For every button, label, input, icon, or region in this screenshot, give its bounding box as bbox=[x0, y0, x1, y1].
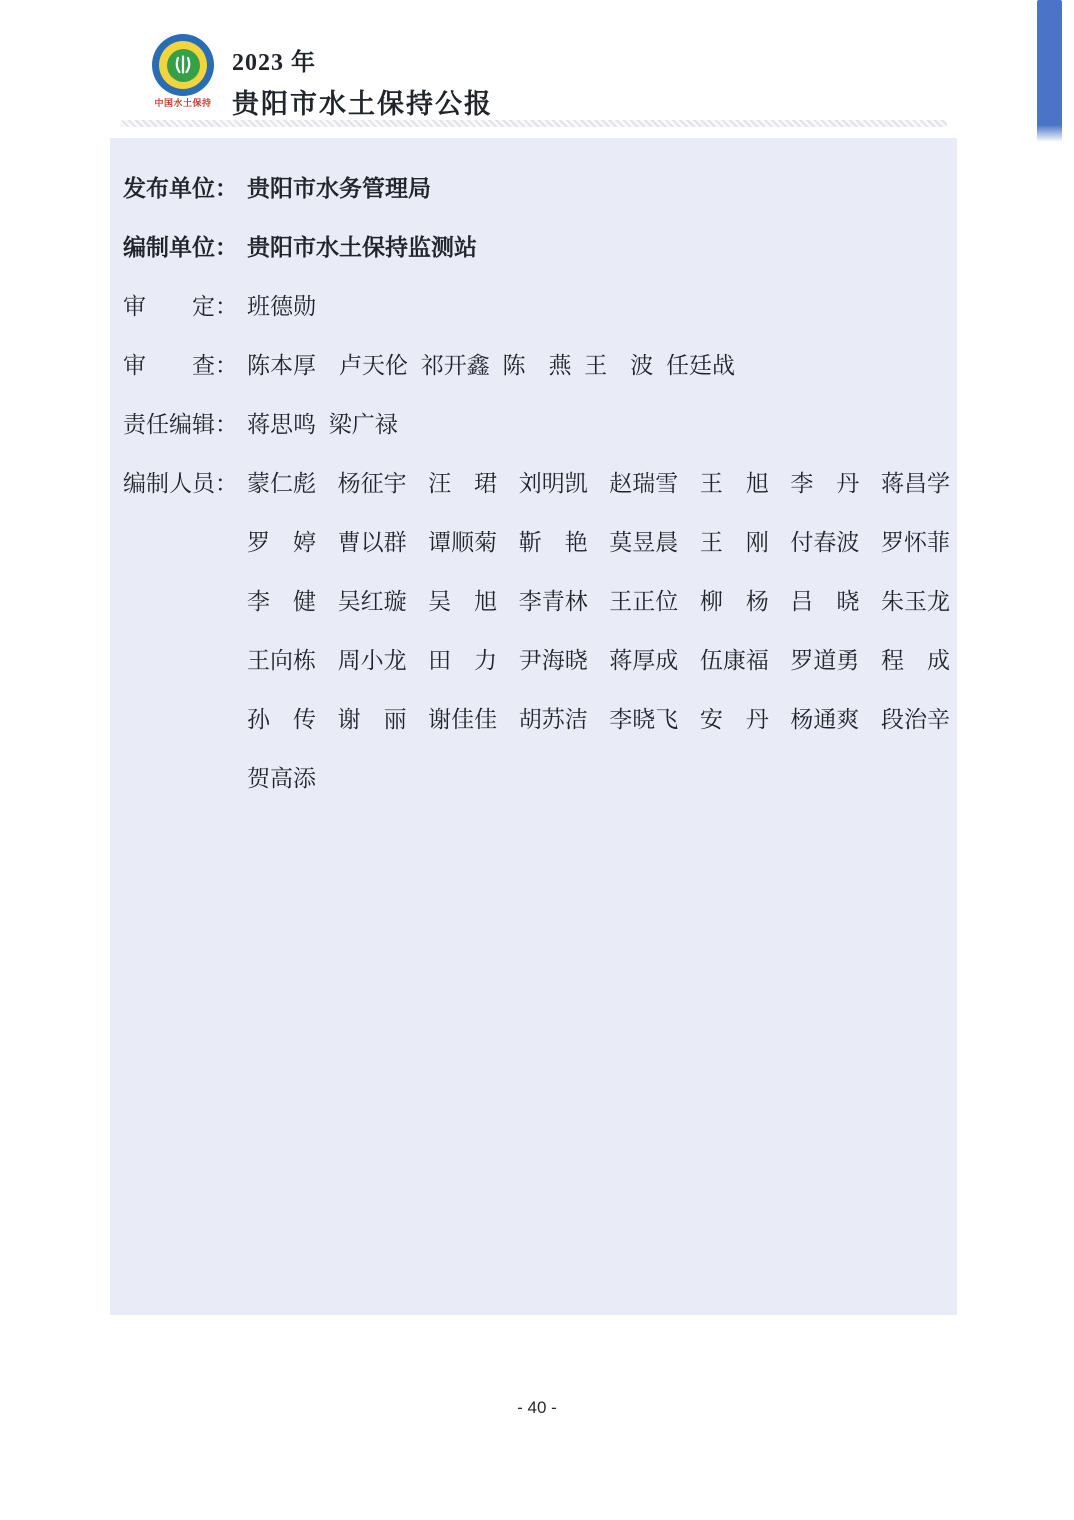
staff-row: 罗 婷曹以群谭顺菊靳 艳莫昱晨王 刚付春波罗怀菲 bbox=[247, 511, 950, 570]
hand-plant-glyph-icon bbox=[171, 53, 195, 77]
editors-value: 蒋思鸣 梁广禄 bbox=[247, 406, 398, 439]
staff-name: 李青林 bbox=[519, 583, 588, 616]
page-header: 中国水土保持 2023 年 贵阳市水土保持公报 bbox=[148, 34, 493, 121]
staff-name: 王正位 bbox=[609, 583, 678, 616]
staff-name: 王 旭 bbox=[700, 465, 769, 498]
staff-name: 李晓飞 bbox=[609, 701, 678, 734]
staff-name: 王向栋 bbox=[247, 642, 316, 675]
staff-name: 刘明凯 bbox=[519, 465, 588, 498]
staff-name: 周小龙 bbox=[338, 642, 407, 675]
staff-name: 莫昱晨 bbox=[609, 524, 678, 557]
staff-name: 李 丹 bbox=[790, 465, 859, 498]
staff-name: 伍康福 bbox=[700, 642, 769, 675]
info-row-compiler: 编制单位： 贵阳市水土保持监测站 bbox=[123, 216, 957, 275]
staff-name: 朱玉龙 bbox=[881, 583, 950, 616]
staff-name: 田 力 bbox=[428, 642, 497, 675]
logo-caption: 中国水土保持 bbox=[154, 98, 211, 108]
hatched-divider bbox=[120, 120, 947, 127]
staff-name: 杨通爽 bbox=[790, 701, 859, 734]
approver-label: 审 定： bbox=[123, 288, 247, 321]
staff-name: 付春波 bbox=[790, 524, 859, 557]
credits-panel: 发布单位： 贵阳市水务管理局 编制单位： 贵阳市水土保持监测站 审 定： 班德勋… bbox=[110, 138, 957, 1315]
staff-row: 孙 传谢 丽谢佳佳胡苏洁李晓飞安 丹杨通爽段治辛 bbox=[247, 688, 950, 747]
staff-name: 尹海晓 bbox=[519, 642, 588, 675]
staff-section: 编制人员： 蒙仁彪杨征宇汪 珺刘明凯赵瑞雪王 旭李 丹蒋昌学罗 婷曹以群谭顺菊靳… bbox=[123, 452, 957, 806]
staff-name: 胡苏洁 bbox=[519, 701, 588, 734]
staff-name: 孙 传 bbox=[247, 701, 316, 734]
document-page: 中国水土保持 2023 年 贵阳市水土保持公报 发布单位： 贵阳市水务管理局 编… bbox=[0, 0, 1074, 1520]
staff-name: 程 成 bbox=[881, 642, 950, 675]
staff-row: 贺高添 bbox=[247, 747, 950, 806]
info-row-editors: 责任编辑： 蒋思鸣 梁广禄 bbox=[123, 393, 957, 452]
header-year: 2023 年 bbox=[232, 42, 493, 77]
logo-outer-ring-icon bbox=[152, 34, 214, 96]
staff-name: 王 刚 bbox=[700, 524, 769, 557]
staff-row: 李 健吴红璇吴 旭李青林王正位柳 杨吕 晓朱玉龙 bbox=[247, 570, 950, 629]
staff-name: 罗 婷 bbox=[247, 524, 316, 557]
soil-conservation-logo: 中国水土保持 bbox=[148, 34, 218, 121]
scrollbar-thumb[interactable] bbox=[1037, 0, 1062, 142]
compiler-label: 编制单位： bbox=[123, 229, 247, 262]
staff-name: 曹以群 bbox=[338, 524, 407, 557]
staff-row: 王向栋周小龙田 力尹海晓蒋厚成伍康福罗道勇程 成 bbox=[247, 629, 950, 688]
staff-name: 柳 杨 bbox=[700, 583, 769, 616]
header-text: 2023 年 贵阳市水土保持公报 bbox=[232, 34, 493, 121]
staff-name: 汪 珺 bbox=[428, 465, 497, 498]
staff-name: 杨征宇 bbox=[338, 465, 407, 498]
staff-name: 段治辛 bbox=[881, 701, 950, 734]
info-row-publisher: 发布单位： 贵阳市水务管理局 bbox=[123, 157, 957, 216]
reviewers-value: 陈本厚 卢天伦 祁开鑫 陈 燕 王 波 任廷战 bbox=[247, 347, 735, 380]
staff-name: 吕 晓 bbox=[790, 583, 859, 616]
publisher-value: 贵阳市水务管理局 bbox=[247, 170, 431, 203]
staff-name: 谭顺菊 bbox=[428, 524, 497, 557]
publisher-label: 发布单位： bbox=[123, 170, 247, 203]
reviewers-label: 审 查： bbox=[123, 347, 247, 380]
staff-name: 靳 艳 bbox=[519, 524, 588, 557]
page-number: - 40 - bbox=[0, 1398, 1074, 1418]
staff-rows: 蒙仁彪杨征宇汪 珺刘明凯赵瑞雪王 旭李 丹蒋昌学罗 婷曹以群谭顺菊靳 艳莫昱晨王… bbox=[247, 452, 950, 806]
logo-hand-plant-icon bbox=[167, 49, 200, 82]
staff-name: 蒋厚成 bbox=[609, 642, 678, 675]
page-title: 贵阳市水土保持公报 bbox=[232, 82, 493, 121]
staff-name: 赵瑞雪 bbox=[609, 465, 678, 498]
staff-name: 谢 丽 bbox=[338, 701, 407, 734]
staff-label: 编制人员： bbox=[123, 452, 247, 511]
staff-name: 罗道勇 bbox=[790, 642, 859, 675]
staff-name: 安 丹 bbox=[700, 701, 769, 734]
staff-name: 李 健 bbox=[247, 583, 316, 616]
info-row-reviewers: 审 查： 陈本厚 卢天伦 祁开鑫 陈 燕 王 波 任廷战 bbox=[123, 334, 957, 393]
compiler-value: 贵阳市水土保持监测站 bbox=[247, 229, 477, 262]
staff-row: 蒙仁彪杨征宇汪 珺刘明凯赵瑞雪王 旭李 丹蒋昌学 bbox=[247, 452, 950, 511]
info-row-approver: 审 定： 班德勋 bbox=[123, 275, 957, 334]
staff-name: 贺高添 bbox=[247, 760, 316, 793]
staff-name: 吴 旭 bbox=[428, 583, 497, 616]
staff-name: 谢佳佳 bbox=[428, 701, 497, 734]
staff-name: 罗怀菲 bbox=[881, 524, 950, 557]
logo-yellow-ring-icon bbox=[159, 41, 207, 89]
editors-label: 责任编辑： bbox=[123, 406, 247, 439]
approver-value: 班德勋 bbox=[247, 288, 316, 321]
staff-name: 蒋昌学 bbox=[881, 465, 950, 498]
staff-name: 蒙仁彪 bbox=[247, 465, 316, 498]
staff-name: 吴红璇 bbox=[338, 583, 407, 616]
